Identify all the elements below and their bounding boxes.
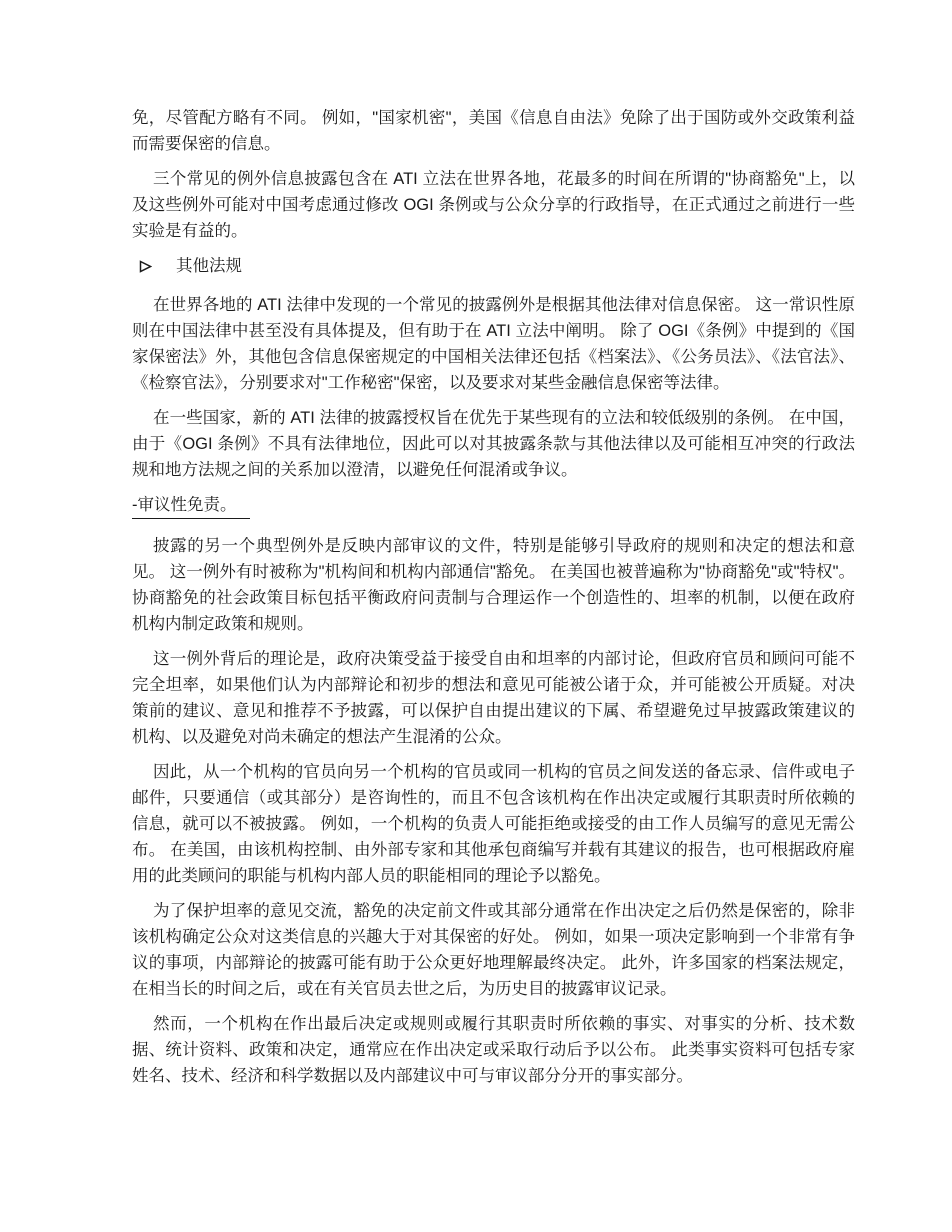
heading-deliberative-exemption: -审议性免责。 [132,492,855,519]
paragraph-predecision-confidentiality: 为了保护坦率的意见交流，豁免的决定前文件或其部分通常在作出决定之后仍然是保密的，… [132,898,855,1002]
paragraph-exemption-continuation: 免，尽管配方略有不同。 例如，"国家机密"，美国《信息自由法》免除了出于国防或外… [132,105,855,157]
heading-deliberative-exemption-text: -审议性免责。 [132,494,250,519]
paragraph-ati-precedence: 在一些国家，新的 ATI 法律的披露授权旨在优先于某些现有的立法和较低级别的条例… [132,405,855,483]
paragraph-other-laws-exception: 在世界各地的 ATI 法律中发现的一个常见的披露例外是根据其他法律对信息保密。 … [132,292,855,396]
paragraph-factual-material-disclosure: 然而，一个机构在作出最后决定或规则或履行其职责时所依赖的事实、对事实的分析、技术… [132,1011,855,1089]
bullet-item-other-laws: 其他法规 [132,253,855,279]
bullet-item-label: 其他法规 [176,253,242,279]
arrow-bullet-icon [139,260,152,273]
paragraph-theory-behind-exception: 这一例外背后的理论是，政府决策受益于接受自由和坦率的内部讨论，但政府官员和顾问可… [132,646,855,750]
paragraph-three-common-exceptions: 三个常见的例外信息披露包含在 ATI 立法在世界各地，花最多的时间在所谓的"协商… [132,166,855,244]
document-page: 免，尽管配方略有不同。 例如，"国家机密"，美国《信息自由法》免除了出于国防或外… [0,0,952,1232]
paragraph-memos-letters-emails: 因此，从一个机构的官员向另一个机构的官员或同一机构的官员之间发送的备忘录、信件或… [132,759,855,889]
paragraph-deliberative-exception-intro: 披露的另一个典型例外是反映内部审议的文件，特别是能够引导政府的规则和决定的想法和… [132,533,855,637]
